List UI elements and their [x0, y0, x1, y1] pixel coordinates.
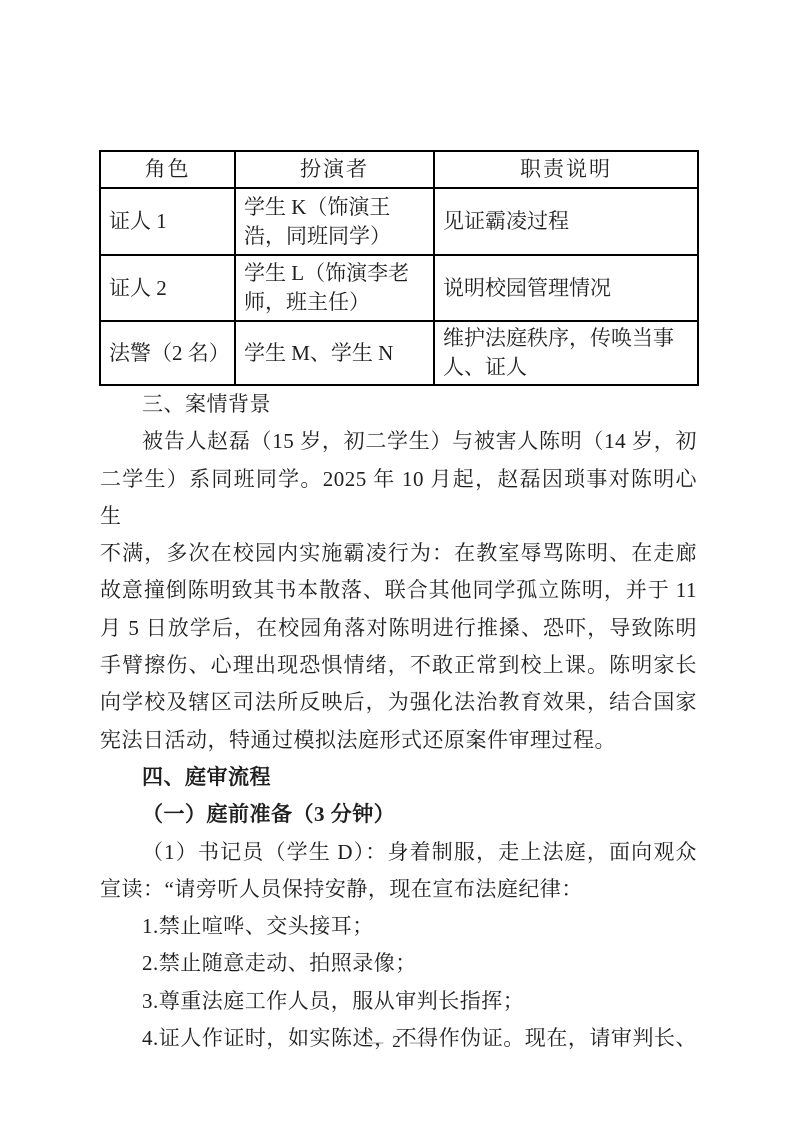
- column-header-actor: 扮演者: [235, 151, 434, 188]
- page-number-dash-left: —: [366, 1032, 383, 1051]
- table-header-row: 角色 扮演者 职责说明: [100, 151, 698, 188]
- paragraph-line: 宪法日活动，特通过模拟法庭形式还原案件审理过程。: [100, 722, 697, 759]
- table-row: 法警（2 名） 学生 M、学生 N 维护法庭秩序，传唤当事人、证人: [100, 321, 698, 385]
- paragraph-line: （1）书记员（学生 D）：身着制服，走上法庭，面向观众: [100, 834, 697, 871]
- roles-table: 角色 扮演者 职责说明 证人 1 学生 K（饰演王浩，同班同学） 见证霸凌过程 …: [99, 150, 699, 386]
- body-text: 三、案情背景 被告人赵磊（15 岁，初二学生）与被害人陈明（14 岁，初 二学生…: [100, 386, 697, 1057]
- page-number-dash-right: —: [410, 1032, 427, 1051]
- court-rule-item-3: 3.尊重法庭工作人员，服从审判长指挥；: [100, 983, 697, 1020]
- cell-role: 证人 1: [100, 188, 235, 255]
- cell-role: 法警（2 名）: [100, 321, 235, 385]
- court-rule-item-1: 1.禁止喧哗、交头接耳；: [100, 908, 697, 945]
- paragraph-line: 故意撞倒陈明致其书本散落、联合其他同学孤立陈明，并于 11: [100, 572, 697, 609]
- table-row: 证人 2 学生 L（饰演李老师，班主任） 说明校园管理情况: [100, 255, 698, 321]
- cell-actor: 学生 M、学生 N: [235, 321, 434, 385]
- paragraph-line: 向学校及辖区司法所反映后，为强化法治教育效果，结合国家: [100, 684, 697, 721]
- court-rule-item-2: 2.禁止随意走动、拍照录像；: [100, 945, 697, 982]
- cell-duty: 说明校园管理情况: [434, 255, 698, 321]
- column-header-role: 角色: [100, 151, 235, 188]
- heading-pretrial-prep: （一）庭前准备（3 分钟）: [100, 796, 697, 833]
- page-number: —2—: [0, 1031, 793, 1053]
- paragraph-line: 宣读：“请旁听人员保持安静，现在宣布法庭纪律：: [100, 871, 697, 908]
- paragraph-line: 手臂擦伤、心理出现恐惧情绪，不敢正常到校上课。陈明家长: [100, 647, 697, 684]
- heading-case-background: 三、案情背景: [100, 386, 697, 423]
- cell-duty: 维护法庭秩序，传唤当事人、证人: [434, 321, 698, 385]
- cell-actor: 学生 L（饰演李老师，班主任）: [235, 255, 434, 321]
- cell-actor: 学生 K（饰演王浩，同班同学）: [235, 188, 434, 255]
- heading-trial-process: 四、庭审流程: [100, 759, 697, 796]
- paragraph-line: 不满，多次在校园内实施霸凌行为：在教室辱骂陈明、在走廊: [100, 535, 697, 572]
- paragraph-line: 月 5 日放学后，在校园角落对陈明进行推搡、恐吓，导致陈明: [100, 610, 697, 647]
- page-number-value: 2: [392, 1032, 401, 1051]
- table-row: 证人 1 学生 K（饰演王浩，同班同学） 见证霸凌过程: [100, 188, 698, 255]
- cell-duty: 见证霸凌过程: [434, 188, 698, 255]
- paragraph-line: 二学生）系同班同学。2025 年 10 月起，赵磊因琐事对陈明心生: [100, 461, 697, 536]
- cell-role: 证人 2: [100, 255, 235, 321]
- document-page: 角色 扮演者 职责说明 证人 1 学生 K（饰演王浩，同班同学） 见证霸凌过程 …: [0, 0, 793, 1122]
- paragraph-line: 被告人赵磊（15 岁，初二学生）与被害人陈明（14 岁，初: [100, 423, 697, 460]
- column-header-duty: 职责说明: [434, 151, 698, 188]
